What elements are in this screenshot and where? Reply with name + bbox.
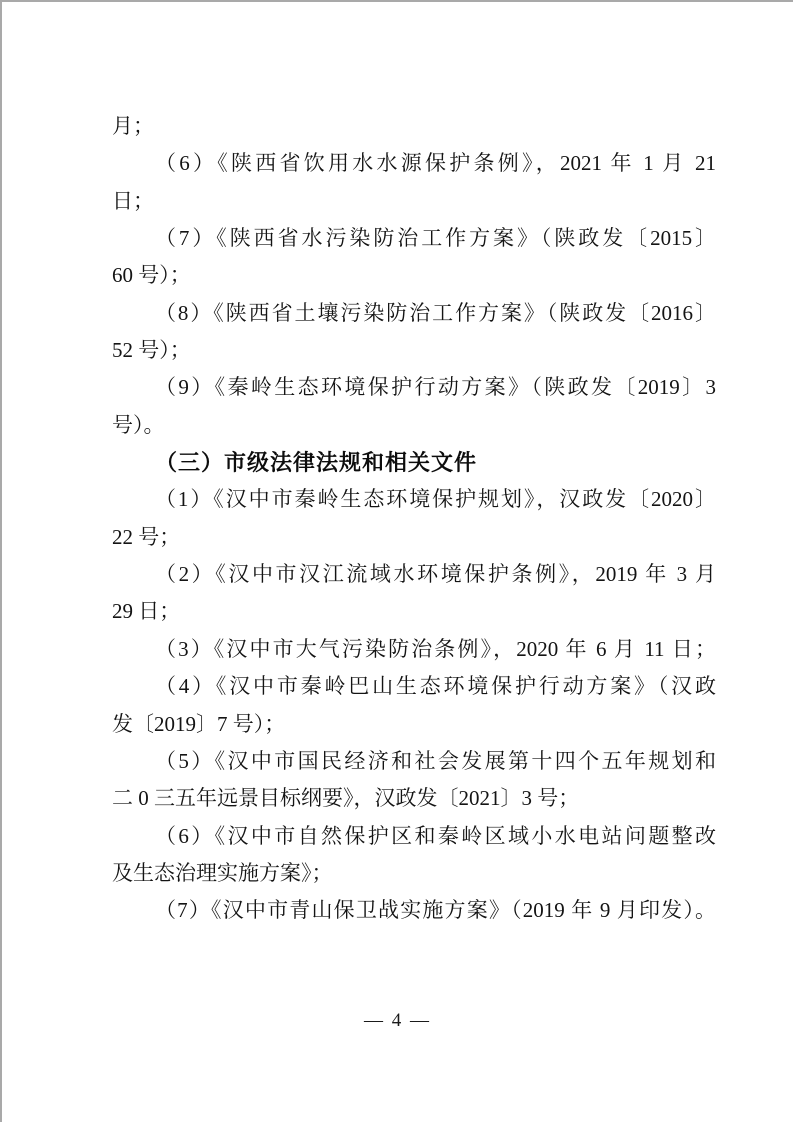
text-line: 月；	[112, 108, 716, 145]
text-line: 发〔2019〕7 号）；	[112, 706, 716, 743]
text-line: （9）《秦岭生态环境保护行动方案》（陕政发〔2019〕3	[112, 369, 716, 406]
text-line: 号）。	[112, 407, 716, 444]
document-page: 月；（6）《陕西省饮用水水源保护条例》，2021 年 1 月 21日；（7）《陕…	[0, 0, 793, 1122]
text-line: 22 号；	[112, 519, 716, 556]
section-heading: （三）市级法律法规和相关文件	[112, 444, 716, 481]
page-number: — 4 —	[2, 1010, 793, 1032]
text-line: 52 号）；	[112, 332, 716, 369]
text-line: （4）《汉中市秦岭巴山生态环境保护行动方案》（汉政	[112, 668, 716, 705]
text-line: 60 号）；	[112, 257, 716, 294]
text-line: （7）《汉中市青山保卫战实施方案》（2019 年 9 月印发）。	[112, 892, 716, 929]
text-line: 29 日；	[112, 593, 716, 630]
text-line: （2）《汉中市汉江流域水环境保护条例》，2019 年 3 月	[112, 556, 716, 593]
text-line: （6）《汉中市自然保护区和秦岭区域小水电站问题整改	[112, 818, 716, 855]
text-line: （7）《陕西省水污染防治工作方案》（陕政发〔2015〕	[112, 220, 716, 257]
text-line: （5）《汉中市国民经济和社会发展第十四个五年规划和	[112, 743, 716, 780]
text-line: （6）《陕西省饮用水水源保护条例》，2021 年 1 月 21	[112, 145, 716, 182]
text-line: （1）《汉中市秦岭生态环境保护规划》，汉政发〔2020〕	[112, 481, 716, 518]
text-line: （3）《汉中市大气污染防治条例》，2020 年 6 月 11 日；	[112, 631, 716, 668]
text-line: （8）《陕西省土壤污染防治工作方案》（陕政发〔2016〕	[112, 295, 716, 332]
text-line: 日；	[112, 183, 716, 220]
document-body: 月；（6）《陕西省饮用水水源保护条例》，2021 年 1 月 21日；（7）《陕…	[112, 108, 716, 930]
text-line: 及生态治理实施方案》；	[112, 855, 716, 892]
text-line: 二 0 三五年远景目标纲要》，汉政发〔2021〕3 号；	[112, 780, 716, 817]
